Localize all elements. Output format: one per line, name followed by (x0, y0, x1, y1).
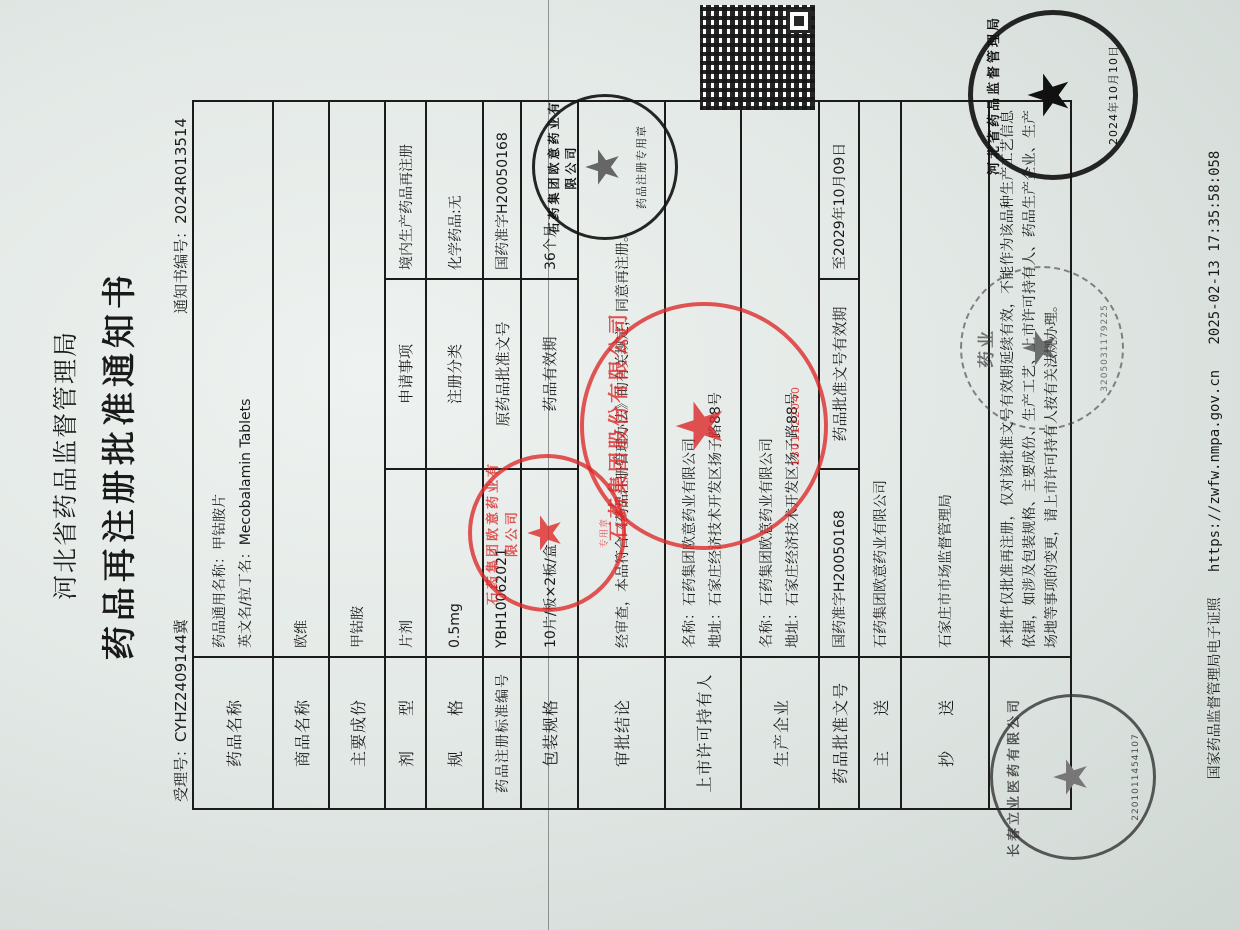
table-row-manufacturer: 生产企业 名称：石药集团欧意药业有限公司 地址：石家庄经济技术开发区扬子路88号 (741, 101, 819, 809)
acceptance-number: 受理号：CYHZ2409144冀 (170, 619, 191, 802)
issuing-agency: 河北省药品监督管理局 (46, 0, 82, 930)
document-title: 药品再注册批准通知书 (92, 0, 141, 930)
table-row-mah: 上市许可持有人 名称：石药集团欧意药业有限公司 地址：石家庄经济技术开发区扬子路… (665, 101, 741, 809)
table-row-send-to: 主 送 石药集团欧意药业有限公司 (859, 101, 901, 809)
table-row-cc: 抄 送 石家庄市市场监督管理局 (901, 101, 989, 809)
table-row-strength: 规 格 0.5mg 注册分类 化学药品:无 (426, 101, 483, 809)
footer-url: https://zwfw.nmpa.gov.cn (1207, 370, 1223, 572)
table-row-approval-no: 药品批准文号 国药准字H20050168 药品批准文号有效期 至2029年10月… (819, 101, 859, 809)
table-row-remarks: 本批件仅批准再注册，仅对该批准文号有效期延续有效，不能作为该品种生产工艺信息依据… (989, 101, 1071, 809)
table-row-dosage-form: 剂 型 片剂 申请事项 境内生产药品再注册 (385, 101, 426, 809)
table-row-main-ingredient: 主要成份 甲钴胺 (329, 101, 385, 809)
notice-number: 通知书编号：2024R013514 (170, 118, 191, 314)
footer-source-line: 国家药品监督管理局电子证照 https://zwfw.nmpa.gov.cn 2… (1204, 0, 1224, 930)
qr-code (700, 5, 815, 110)
table-row-drug-name: 药品名称 药品通用名称：甲钴胺片 英文名/拉丁名：Mecobalamin Tab… (193, 101, 273, 809)
registration-table: 药品名称 药品通用名称：甲钴胺片 英文名/拉丁名：Mecobalamin Tab… (192, 100, 1072, 810)
table-row-trade-name: 商品名称 欧维 (273, 101, 329, 809)
table-row-standard-no: 药品注册标准编号 YBH10062021 原药品批准文号 国药准字H200501… (483, 101, 521, 809)
footer-timestamp: 2025-02-13 17:35:58:058 (1207, 151, 1223, 345)
table-row-conclusion: 审批结论 经审查，本品符合《药品注册管理办法》的有关规定，同意再注册。 (578, 101, 665, 809)
notice-document: 河北省药品监督管理局 药品再注册批准通知书 受理号：CYHZ2409144冀 通… (0, 0, 1240, 930)
table-row-package: 包装规格 10片/板×2板/盒 药品有效期 36个月 (521, 101, 578, 809)
